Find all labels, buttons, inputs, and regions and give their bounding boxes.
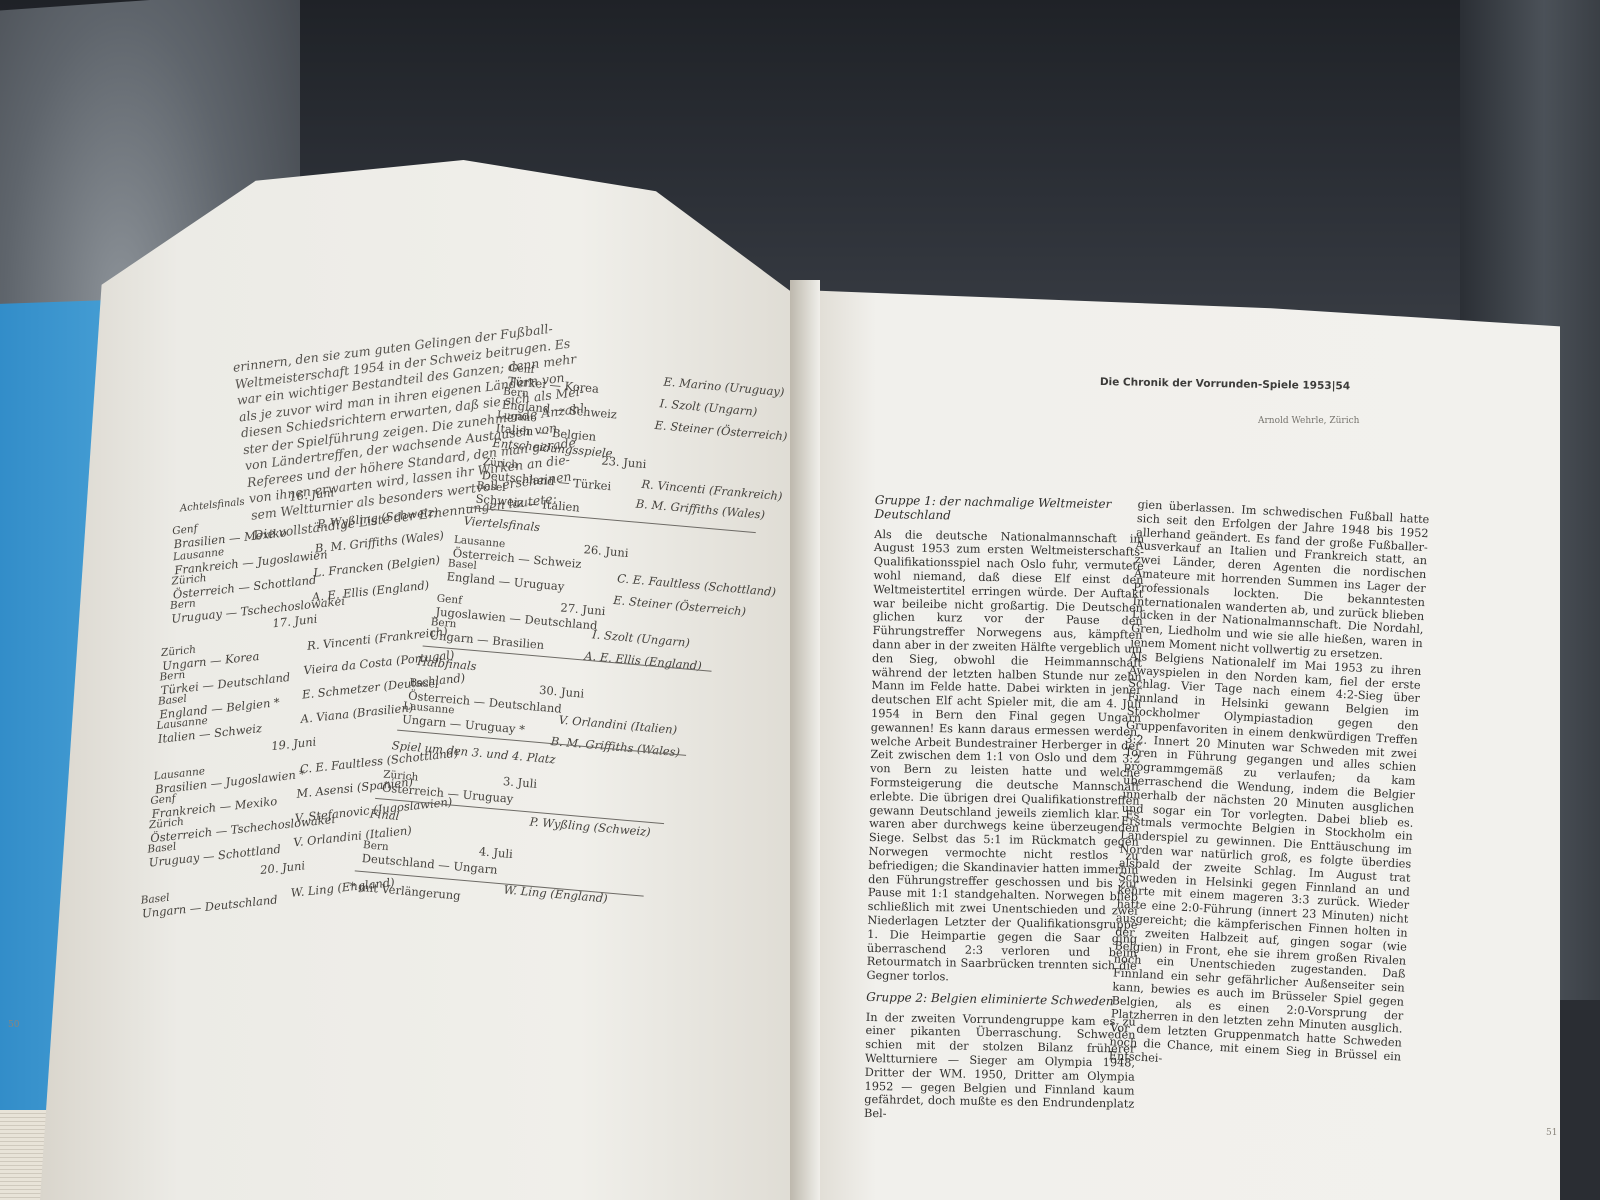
round-label: Halbfinals — [417, 655, 477, 673]
schedule-knockout: GenfTürkei — Korea BernEngland — Schweiz… — [381, 355, 759, 942]
page-number-right: 51 — [1546, 1128, 1557, 1138]
referee: W. Ling (England) — [503, 883, 608, 905]
referee: E. Steiner (Österreich) — [613, 594, 747, 619]
book-gutter — [790, 280, 820, 1200]
body-paragraph: gien überlassen. Im schwedischen Fußball… — [1130, 498, 1430, 665]
referee: I. Szolt (Ungarn) — [659, 397, 758, 418]
body-paragraph: Als Belgiens Nationalelf im Mai 1953 zu … — [1108, 650, 1421, 1079]
body-paragraph: In der zweiten Vorrundengruppe kam es zu… — [864, 1011, 1136, 1126]
round-label: Viertelsfinals — [463, 515, 540, 535]
round-label: Spiel um den 3. und 4. Platz — [391, 739, 556, 766]
referee: I. Szolt (Ungarn) — [592, 628, 691, 649]
referee: V. Orlandini (Italien) — [558, 714, 678, 737]
author-byline: Arnold Wehrle, Zürich — [1258, 416, 1359, 426]
page-number-left: 50 — [8, 1020, 19, 1030]
article-column-1: Gruppe 1: der nachmalige Weltmeister Deu… — [864, 490, 1145, 1126]
divider — [375, 798, 664, 824]
match-date: 20. Juni — [260, 859, 306, 877]
section-heading: Gruppe 1: der nachmalige Weltmeister Deu… — [874, 494, 1144, 526]
match-date: 17. Juni — [272, 613, 318, 631]
match-date: 19. Juni — [271, 736, 317, 754]
referee: B. M. Griffiths (Wales) — [550, 735, 680, 759]
referee: A. Viana (Brasilien) — [300, 701, 414, 726]
match-date: 26. Juni — [583, 543, 629, 560]
body-paragraph: Als die deutsche Nationalmannschaft im A… — [866, 528, 1144, 988]
referee: B. M. Griffiths (Wales) — [635, 498, 765, 522]
article-column-2: gien überlassen. Im schwedischen Fußball… — [1108, 498, 1429, 1078]
section-heading: Gruppe 2: Belgien eliminierte Schweden — [866, 991, 1136, 1010]
match-date: 16. Juni — [289, 486, 335, 504]
referee: P. Wyßling (Schweiz) — [529, 815, 651, 839]
round-label: Final — [369, 808, 400, 824]
